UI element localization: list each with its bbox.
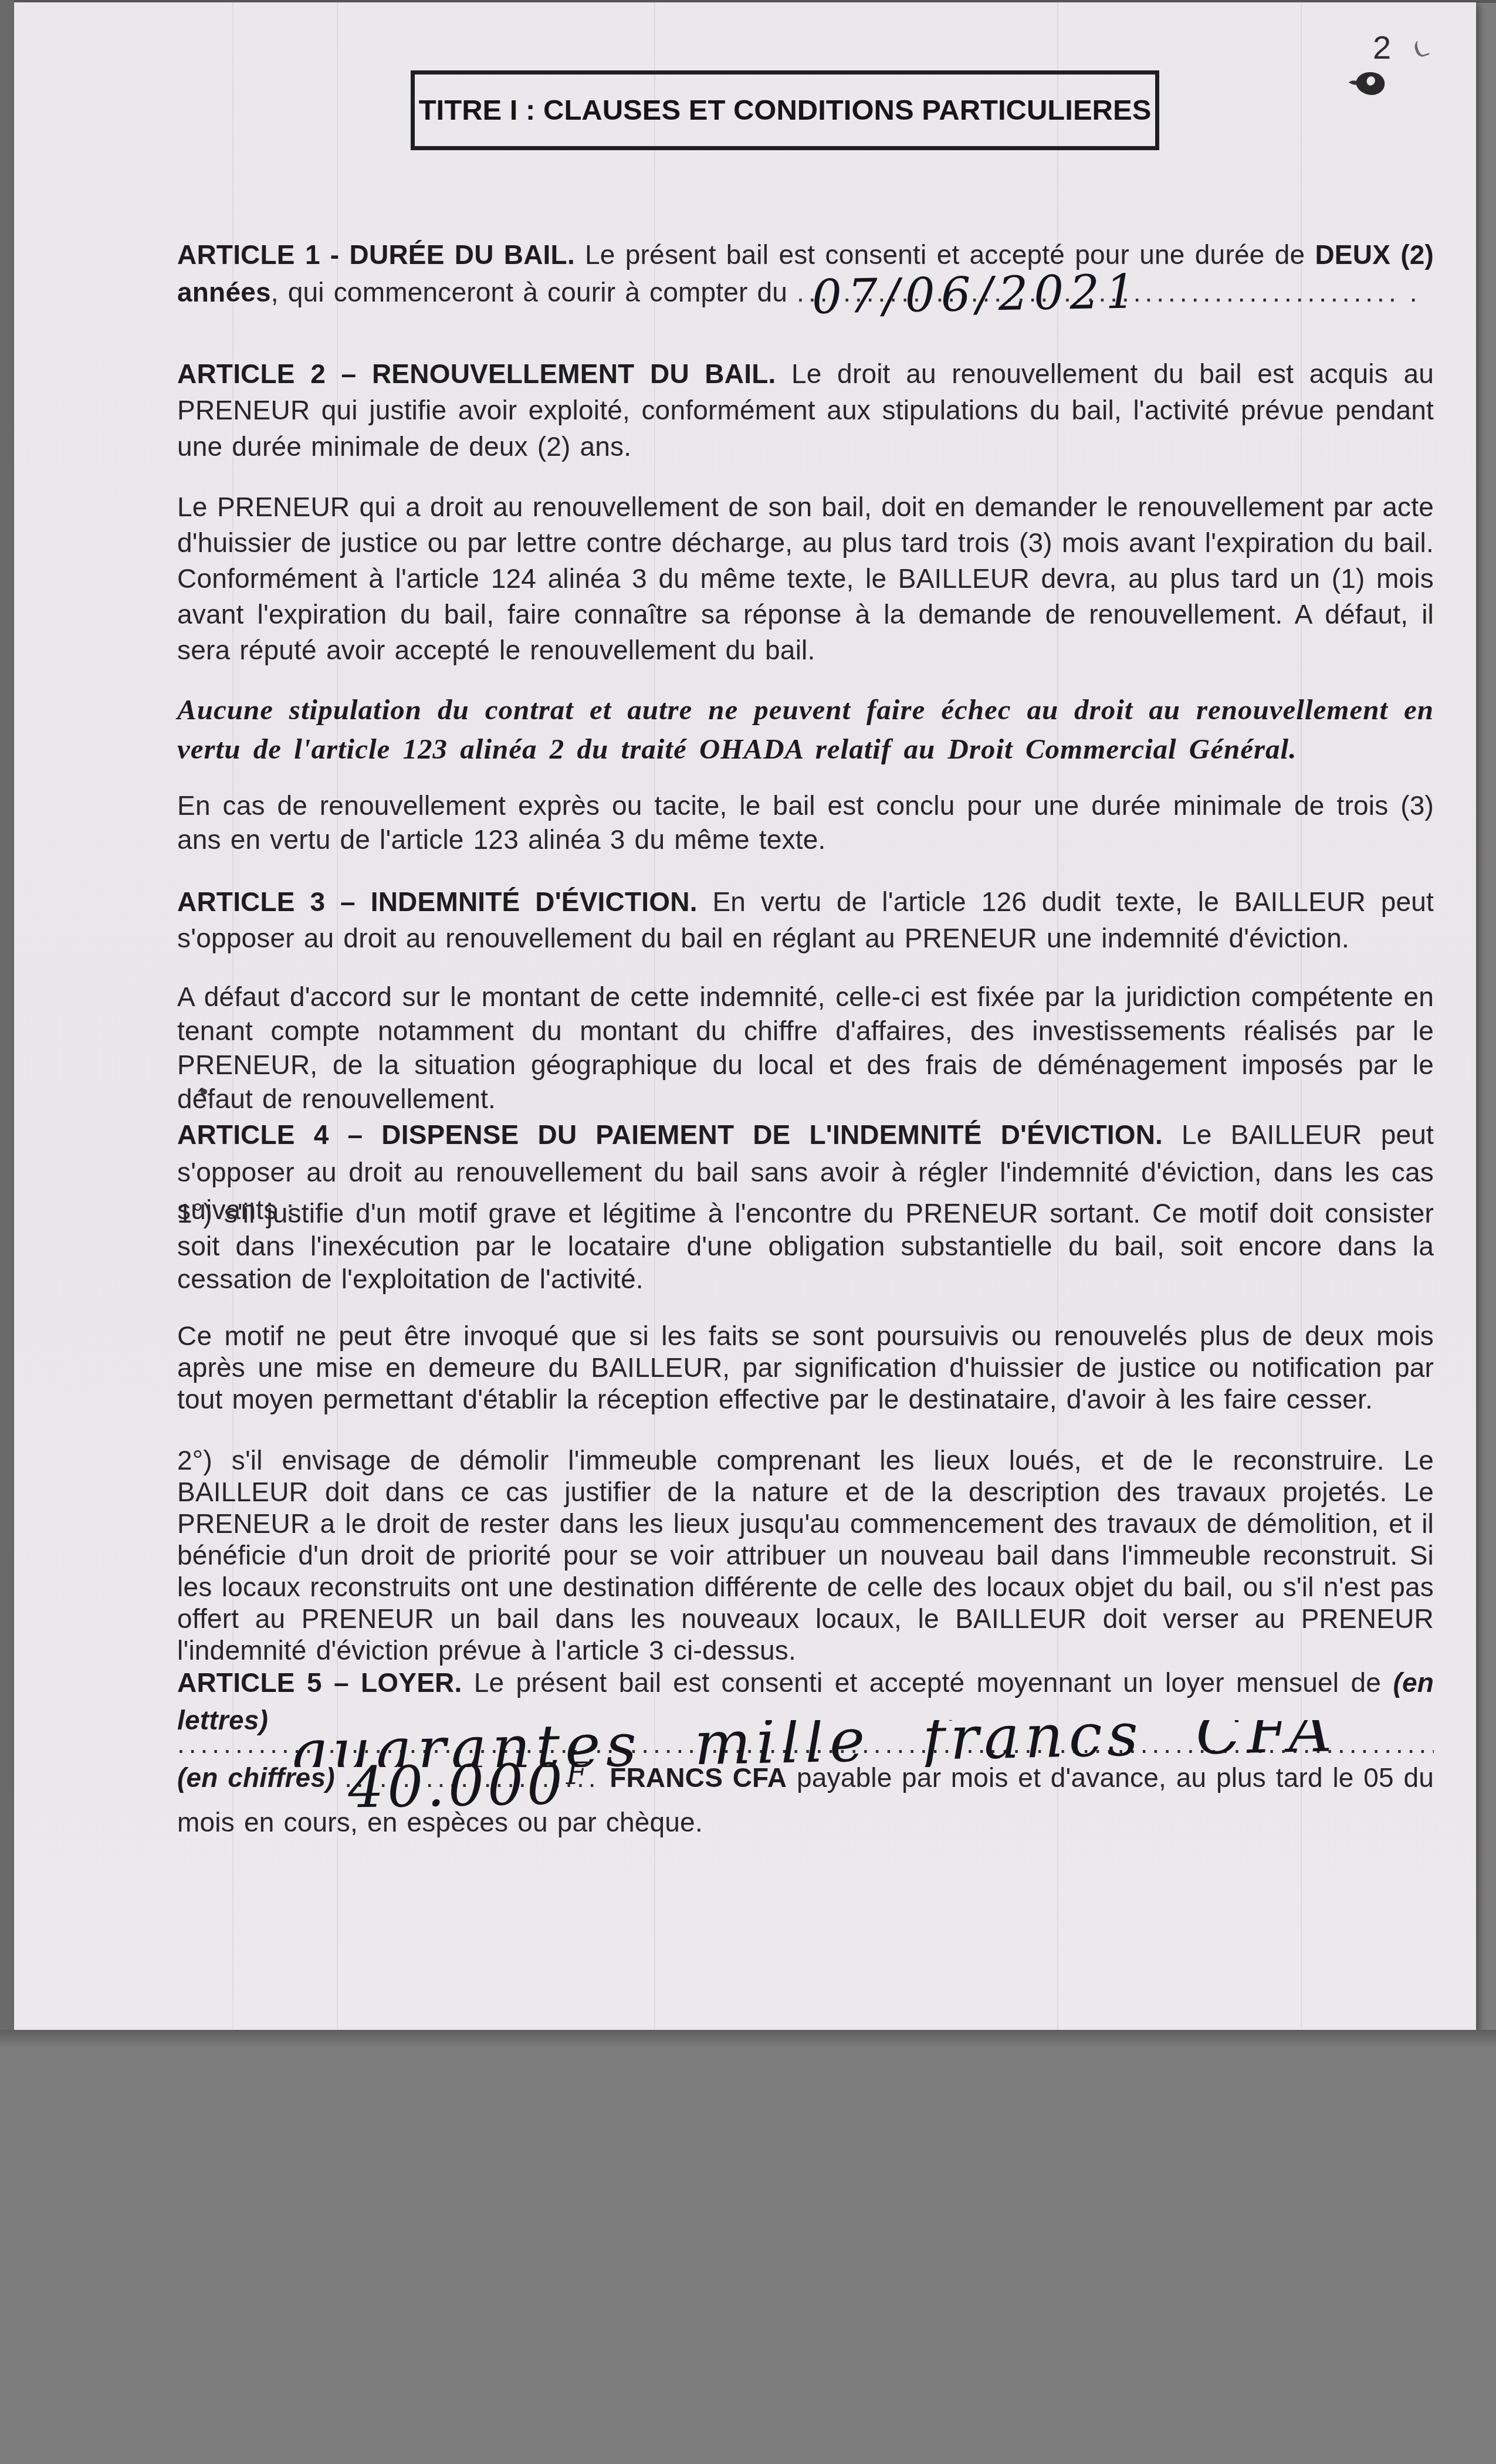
paragraph-text: 1°) s'il justifie d'un motif grave et lé… [177,1198,1434,1294]
stray-pen-mark [1413,38,1430,58]
ohada-emphasis-paragraph: Aucune stipulation du contrat et autre n… [177,690,1434,769]
paragraph-text: Aucune stipulation du contrat et autre n… [177,693,1434,765]
handwritten-rent-in-figures: 40.000F [348,1751,592,1810]
case-1-paragraph: 1°) s'il justifie d'un motif grave et lé… [177,1197,1434,1295]
paragraph-text: 2°) s'il envisage de démolir l'immeuble … [177,1445,1434,1666]
francs-superscript: F [566,1756,591,1792]
article-1-paragraph: ARTICLE 1 - DURÉE DU BAIL. Le présent ba… [177,236,1434,311]
rent-amount-fill-line: .................40.000F [344,1755,541,1800]
article-3-paragraph: ARTICLE 3 – INDEMNITÉ D'ÉVICTION. En ver… [177,884,1434,956]
paragraph-text: En cas de renouvellement exprès ou tacit… [177,790,1434,855]
ink-blot-stain [1353,67,1388,100]
formal-notice-paragraph: Ce motif ne peut être invoqué que si les… [177,1320,1434,1415]
page-number: 2 [1373,28,1391,66]
scanner-background-left [0,0,14,2047]
article-5-text: Le présent bail est consenti et accepté … [462,1667,1393,1698]
amount-value: 40.000 [348,1751,567,1820]
article-1-text: Le présent bail est consenti et accepté … [575,239,1315,270]
article-3-heading: ARTICLE 3 – INDEMNITÉ D'ÉVICTION. [177,886,698,917]
francs-cfa-label: FRANCS CFA [610,1762,787,1793]
start-date-fill-line: ........................................… [797,273,1400,311]
renewal-duration-paragraph: En cas de renouvellement exprès ou tacit… [177,788,1434,857]
document-title: TITRE I : CLAUSES ET CONDITIONS PARTICUL… [419,94,1152,127]
paragraph-text: Ce motif ne peut être invoqué que si les… [177,1321,1434,1414]
page-bottom-shadow [0,2030,1496,2047]
paragraph-text: Le PRENEUR qui a droit au renouvellement… [177,492,1434,665]
document-page: 2 TITRE I : CLAUSES ET CONDITIONS PARTIC… [14,2,1476,2031]
article-1-heading: ARTICLE 1 - DURÉE DU BAIL. [177,239,575,270]
renewal-request-paragraph: Le PRENEUR qui a droit au renouvellement… [177,489,1434,668]
scanned-lease-document: { "doc": { "page_number": "2", "title": … [0,0,1496,2464]
article-5-heading: ARTICLE 5 – LOYER. [177,1667,462,1698]
article-2-paragraph: ARTICLE 2 – RENOUVELLEMENT DU BAIL. Le d… [177,356,1434,465]
article-4-heading: ARTICLE 4 – DISPENSE DU PAIEMENT DE L'IN… [177,1119,1163,1150]
article-2-heading: ARTICLE 2 – RENOUVELLEMENT DU BAIL. [177,358,776,389]
case-2-paragraph: 2°) s'il envisage de démolir l'immeuble … [177,1444,1434,1666]
title-box: TITRE I : CLAUSES ET CONDITIONS PARTICUL… [411,70,1159,150]
rent-figures-paragraph: (en chiffres) .................40.000F..… [177,1755,1434,1844]
handwritten-start-date: 07/06/2021 [812,273,1142,316]
indemnity-amount-paragraph: A défaut d'accord sur le montant de cett… [177,980,1434,1116]
paragraph-text: A défaut d'accord sur le montant de cett… [177,981,1434,1114]
dotted-line-end: . [1400,277,1417,307]
article-1-text-2: , qui commenceront à courir à compter du [271,277,797,307]
en-chiffres-label: (en chiffres) [177,1762,344,1793]
